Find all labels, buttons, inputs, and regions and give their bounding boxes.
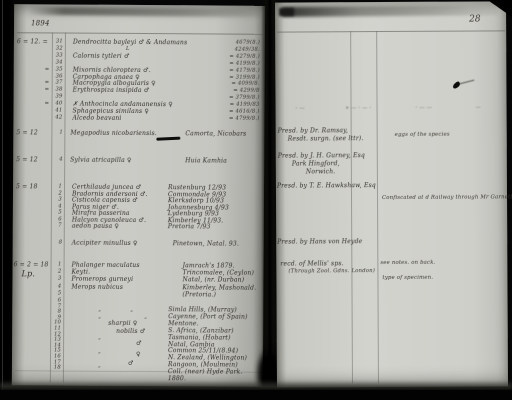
- specimen-number: 3: [48, 277, 61, 283]
- ink-dash-mark: [156, 137, 180, 141]
- specimen-number: 7: [49, 223, 62, 229]
- accession-number: = 4179/8.): [155, 68, 260, 74]
- species-name: nobilis ♂: [116, 329, 145, 335]
- sex-symbol: ♂: [136, 341, 142, 347]
- species-name: Erythrospiza insipida ♂: [73, 88, 150, 95]
- pencil-mark: · —: [296, 106, 305, 112]
- accession-number: = 4616/8.): [154, 109, 259, 115]
- pencil-mark: —: [476, 106, 482, 112]
- pencil-mark: · — —: [416, 106, 433, 112]
- register-left-page: 1894 6 = 12. = L 31 Dendrocitta bayleyi …: [12, 4, 265, 387]
- locality: Huia Kamhia: [185, 158, 227, 165]
- remark-note: see notes. on back.: [380, 261, 435, 267]
- locality: Pinetown, Natal. 93.: [173, 241, 239, 248]
- ink-flick-tail: [459, 80, 475, 85]
- date-ditto-mark: =: [45, 67, 50, 73]
- specimen-number: 34: [50, 60, 63, 66]
- specimen-number: 41: [49, 108, 62, 114]
- acquisition-note: Norwich.: [306, 169, 336, 175]
- specimen-number: 3: [49, 197, 62, 203]
- specimen-number: 4: [48, 284, 61, 290]
- date-ditto-mark: =: [45, 88, 50, 94]
- header-rule-right: [277, 30, 505, 32]
- register-right-page: 28 · — » — · — · · — — — Presd. by Dr. R…: [275, 1, 508, 387]
- specimen-number: 1: [49, 184, 62, 190]
- species-name: Calornis tytleri ♂: [73, 53, 130, 60]
- species-name: Promerops gurneyi: [71, 277, 133, 284]
- species-name: sharpii ♀: [108, 321, 137, 327]
- acquisition-note: Presd. by Hans von Heyde: [277, 239, 362, 246]
- pencil-mark: » — · — ·: [346, 106, 372, 112]
- header-rule-left: [17, 32, 263, 35]
- specimen-number: 5: [49, 210, 62, 216]
- accession-number: = 4099/8.: [155, 81, 260, 87]
- specimen-number: 8: [59, 241, 63, 247]
- specimen-number: 4: [59, 158, 63, 164]
- species-name: Alcedo beavani: [72, 115, 121, 122]
- acquisition-note: Presd. by J. H. Gurney, Esq: [278, 153, 365, 160]
- specimen-number: 37: [50, 81, 63, 87]
- ditto-mark: „: [98, 350, 101, 356]
- date-ditto-mark: =: [45, 81, 50, 87]
- remark-note: Confiscated at d Railway through Mr Garn…: [382, 195, 512, 201]
- acquisition-note: recd. of Mellis' sps.: [280, 261, 343, 268]
- locality: Camorta, Nicobars: [185, 131, 246, 138]
- column-rule-right-2: [376, 31, 379, 383]
- specimen-number: 40: [50, 102, 63, 108]
- specimen-number: 31: [50, 39, 63, 45]
- accession-number: 4679(8.): [155, 40, 260, 46]
- locality: Pretoria 7/93: [168, 224, 211, 231]
- accession-number: = 4199/8.): [155, 61, 260, 67]
- accession-number: 4249/38.: [155, 47, 260, 53]
- remark-note: type of specimen.: [382, 276, 433, 282]
- column-rule-right-1: [350, 31, 353, 383]
- scanned-register-spread: 1894 6 = 12. = L 31 Dendrocitta bayleyi …: [0, 0, 512, 400]
- accession-number: = 4299/8: [155, 88, 260, 94]
- spine-thread: [2, 0, 3, 400]
- specimen-number: 39: [50, 95, 63, 101]
- page-number: 28: [469, 15, 481, 25]
- ditto-mark: „: [130, 308, 133, 314]
- accession-number: = 4279/8.): [155, 54, 260, 60]
- acquisition-note: Park Hingford,: [292, 161, 340, 168]
- accession-number: = 3199/8.): [155, 75, 260, 81]
- specimen-number: 38: [50, 88, 63, 94]
- remark-note: eggs of the species: [395, 133, 450, 139]
- specimen-number: 33: [50, 53, 63, 59]
- specimen-number: 35: [50, 67, 63, 73]
- scan-edge-bottom: [0, 390, 512, 400]
- specimen-number: 1: [49, 262, 62, 268]
- entry-date: 5 = 12: [16, 157, 38, 163]
- accession-number: = 4799/8.): [154, 116, 259, 122]
- block7-localities: Simla Hills, (Murray) Cayenne, (Port of …: [14, 4, 265, 6]
- sex-symbol: ♀: [136, 352, 141, 358]
- entry-date: 5 = 12: [16, 130, 38, 136]
- smudge-dark-blob: [279, 8, 294, 16]
- specimen-number: 42: [49, 115, 62, 121]
- species-name: Sylvia atricapilla ♀: [70, 158, 131, 165]
- specimen-number: 5: [48, 291, 61, 297]
- specimen-number: 1: [59, 131, 63, 137]
- acquisition-note: Resdt. surgn. (see lttr).: [288, 136, 364, 143]
- sex-symbol: ♂: [128, 361, 134, 367]
- ditto-mark: „: [98, 364, 101, 370]
- ditto-mark: „: [98, 308, 101, 314]
- species-name: Accipiter minullus ♀: [72, 241, 138, 248]
- ditto-mark: „: [144, 315, 147, 321]
- date-ditto-mark: =: [45, 102, 50, 108]
- acquisition-note: (Through Zool. Gdns. London): [288, 269, 375, 275]
- species-name: aedon pausa ♀: [72, 224, 119, 231]
- acquisition-note: Presd. by Dr. Ramsay,: [278, 128, 348, 135]
- specimen-number: 32: [50, 46, 63, 52]
- specimen-number: 36: [50, 74, 63, 80]
- species-name: Megapodius nicobariensis.: [70, 131, 157, 138]
- acquisition-note: Presd. by T. E. Hawkshaw, Esq: [277, 183, 376, 190]
- block6-rows: 1 Phalanger maculatus Jamrach's 1879. 2 …: [14, 4, 265, 6]
- block4-rows: 1 Certhilauda juncea ♂ Rustenburg 12/93 …: [14, 4, 265, 6]
- block7-numbers: 6 7 8 9 10 11 12 13 14 15 16 17: [14, 4, 265, 6]
- specimen-number: 2: [49, 270, 62, 276]
- accession-number: = 4199/83: [155, 102, 260, 108]
- block1-rows: 31 Dendrocitta bayleyi ♂ & Andamans 4679…: [14, 4, 265, 6]
- year-heading: 1894: [31, 20, 50, 27]
- locality: (Pretoria.): [182, 292, 216, 299]
- scan-smudge-top-right: [282, 5, 498, 17]
- species-name: Merops nubicus: [71, 284, 123, 291]
- ditto-mark: „: [98, 315, 101, 321]
- ditto-mark: „: [98, 336, 101, 342]
